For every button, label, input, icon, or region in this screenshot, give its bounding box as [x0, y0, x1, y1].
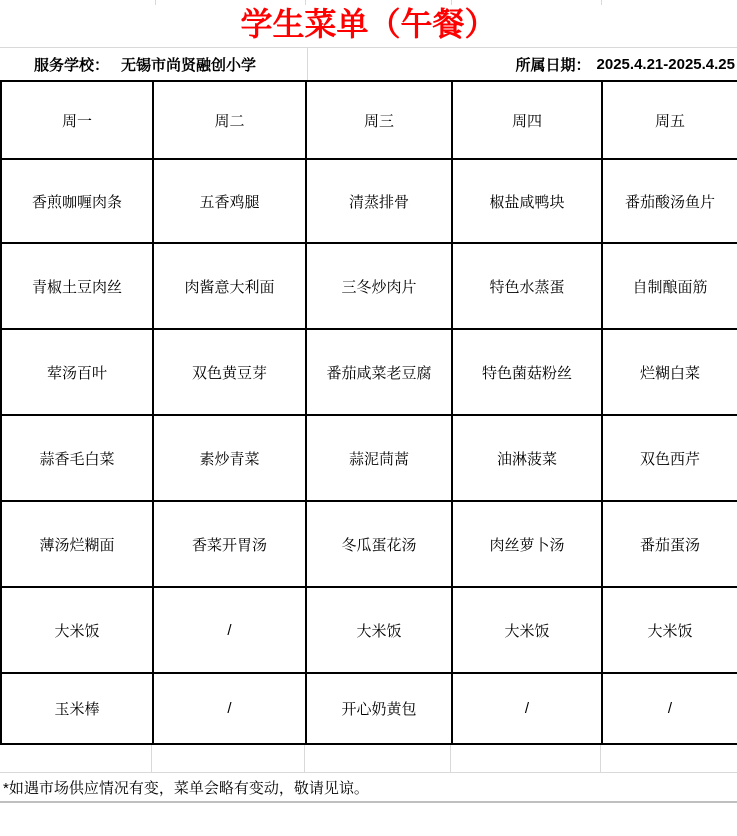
menu-cell: 香煎咖喱肉条 — [1, 159, 153, 243]
school-label: 服务学校： — [34, 54, 109, 75]
subheader-row: 服务学校： 无锡市尚贤融创小学 所属日期： 2025.4.21-2025.4.2… — [0, 47, 737, 80]
empty-cell — [0, 745, 152, 772]
menu-cell: 薄汤烂糊面 — [1, 501, 153, 587]
menu-page: 学生菜单（午餐） 服务学校： 无锡市尚贤融创小学 所属日期： 2025.4.21… — [0, 0, 737, 836]
school-cell: 服务学校： 无锡市尚贤融创小学 — [0, 48, 308, 80]
day-header-thu: 周四 — [452, 81, 602, 159]
menu-cell: 蒜泥茼蒿 — [306, 415, 452, 501]
menu-cell: / — [602, 673, 737, 744]
empty-cell — [152, 745, 305, 772]
menu-cell: 特色水蒸蛋 — [452, 243, 602, 329]
gridline-tick — [155, 0, 156, 5]
menu-cell: 冬瓜蛋花汤 — [306, 501, 452, 587]
menu-cell: 椒盐咸鸭块 — [452, 159, 602, 243]
menu-row: 大米饭 / 大米饭 大米饭 大米饭 — [1, 587, 737, 673]
menu-row: 荤汤百叶 双色黄豆芽 番茄咸菜老豆腐 特色菌菇粉丝 烂糊白菜 — [1, 329, 737, 415]
day-header-fri: 周五 — [602, 81, 737, 159]
menu-cell: 三冬炒肉片 — [306, 243, 452, 329]
day-header-tue: 周二 — [153, 81, 306, 159]
school-name: 无锡市尚贤融创小学 — [121, 54, 256, 75]
menu-cell: 大米饭 — [602, 587, 737, 673]
menu-cell: 开心奶黄包 — [306, 673, 452, 744]
day-header-wed: 周三 — [306, 81, 452, 159]
date-range: 2025.4.21-2025.4.25 — [597, 56, 735, 73]
empty-cell — [305, 745, 451, 772]
menu-cell: 肉丝萝卜汤 — [452, 501, 602, 587]
menu-row: 青椒土豆肉丝 肉酱意大利面 三冬炒肉片 特色水蒸蛋 自制酿面筋 — [1, 243, 737, 329]
menu-cell: 番茄酸汤鱼片 — [602, 159, 737, 243]
gridline-tick — [305, 0, 306, 5]
menu-cell: 特色菌菇粉丝 — [452, 329, 602, 415]
menu-cell: / — [153, 587, 306, 673]
empty-row — [0, 745, 737, 773]
menu-cell: 大米饭 — [306, 587, 452, 673]
menu-cell: 油淋菠菜 — [452, 415, 602, 501]
empty-cell — [451, 745, 601, 772]
menu-cell: 大米饭 — [452, 587, 602, 673]
menu-cell: 青椒土豆肉丝 — [1, 243, 153, 329]
gridline-tick — [601, 0, 602, 5]
menu-row: 玉米棒 / 开心奶黄包 / / — [1, 673, 737, 744]
date-cell: 所属日期： 2025.4.21-2025.4.25 — [308, 48, 737, 80]
menu-row: 香煎咖喱肉条 五香鸡腿 清蒸排骨 椒盐咸鸭块 番茄酸汤鱼片 — [1, 159, 737, 243]
menu-cell: 烂糊白菜 — [602, 329, 737, 415]
menu-row: 蒜香毛白菜 素炒青菜 蒜泥茼蒿 油淋菠菜 双色西芹 — [1, 415, 737, 501]
title-row: 学生菜单（午餐） — [0, 0, 737, 47]
empty-cell — [601, 745, 737, 772]
menu-cell: 玉米棒 — [1, 673, 153, 744]
menu-cell: 五香鸡腿 — [153, 159, 306, 243]
gridline-tick — [451, 0, 452, 5]
menu-cell: 荤汤百叶 — [1, 329, 153, 415]
menu-cell: 番茄咸菜老豆腐 — [306, 329, 452, 415]
menu-cell: 番茄蛋汤 — [602, 501, 737, 587]
menu-table: 周一 周二 周三 周四 周五 香煎咖喱肉条 五香鸡腿 清蒸排骨 椒盐咸鸭块 番茄… — [0, 80, 737, 745]
menu-cell: / — [452, 673, 602, 744]
menu-cell: 肉酱意大利面 — [153, 243, 306, 329]
footnote: *如遇市场供应情况有变，菜单会略有变动，敬请见谅。 — [0, 773, 737, 803]
menu-cell: 自制酿面筋 — [602, 243, 737, 329]
day-header-row: 周一 周二 周三 周四 周五 — [1, 81, 737, 159]
page-title: 学生菜单（午餐） — [240, 8, 496, 40]
menu-cell: 双色西芹 — [602, 415, 737, 501]
date-label: 所属日期： — [516, 54, 591, 75]
menu-cell: 大米饭 — [1, 587, 153, 673]
day-header-mon: 周一 — [1, 81, 153, 159]
menu-cell: 素炒青菜 — [153, 415, 306, 501]
menu-cell: 香菜开胃汤 — [153, 501, 306, 587]
menu-cell: 双色黄豆芽 — [153, 329, 306, 415]
menu-cell: 蒜香毛白菜 — [1, 415, 153, 501]
menu-cell: 清蒸排骨 — [306, 159, 452, 243]
menu-row: 薄汤烂糊面 香菜开胃汤 冬瓜蛋花汤 肉丝萝卜汤 番茄蛋汤 — [1, 501, 737, 587]
menu-cell: / — [153, 673, 306, 744]
